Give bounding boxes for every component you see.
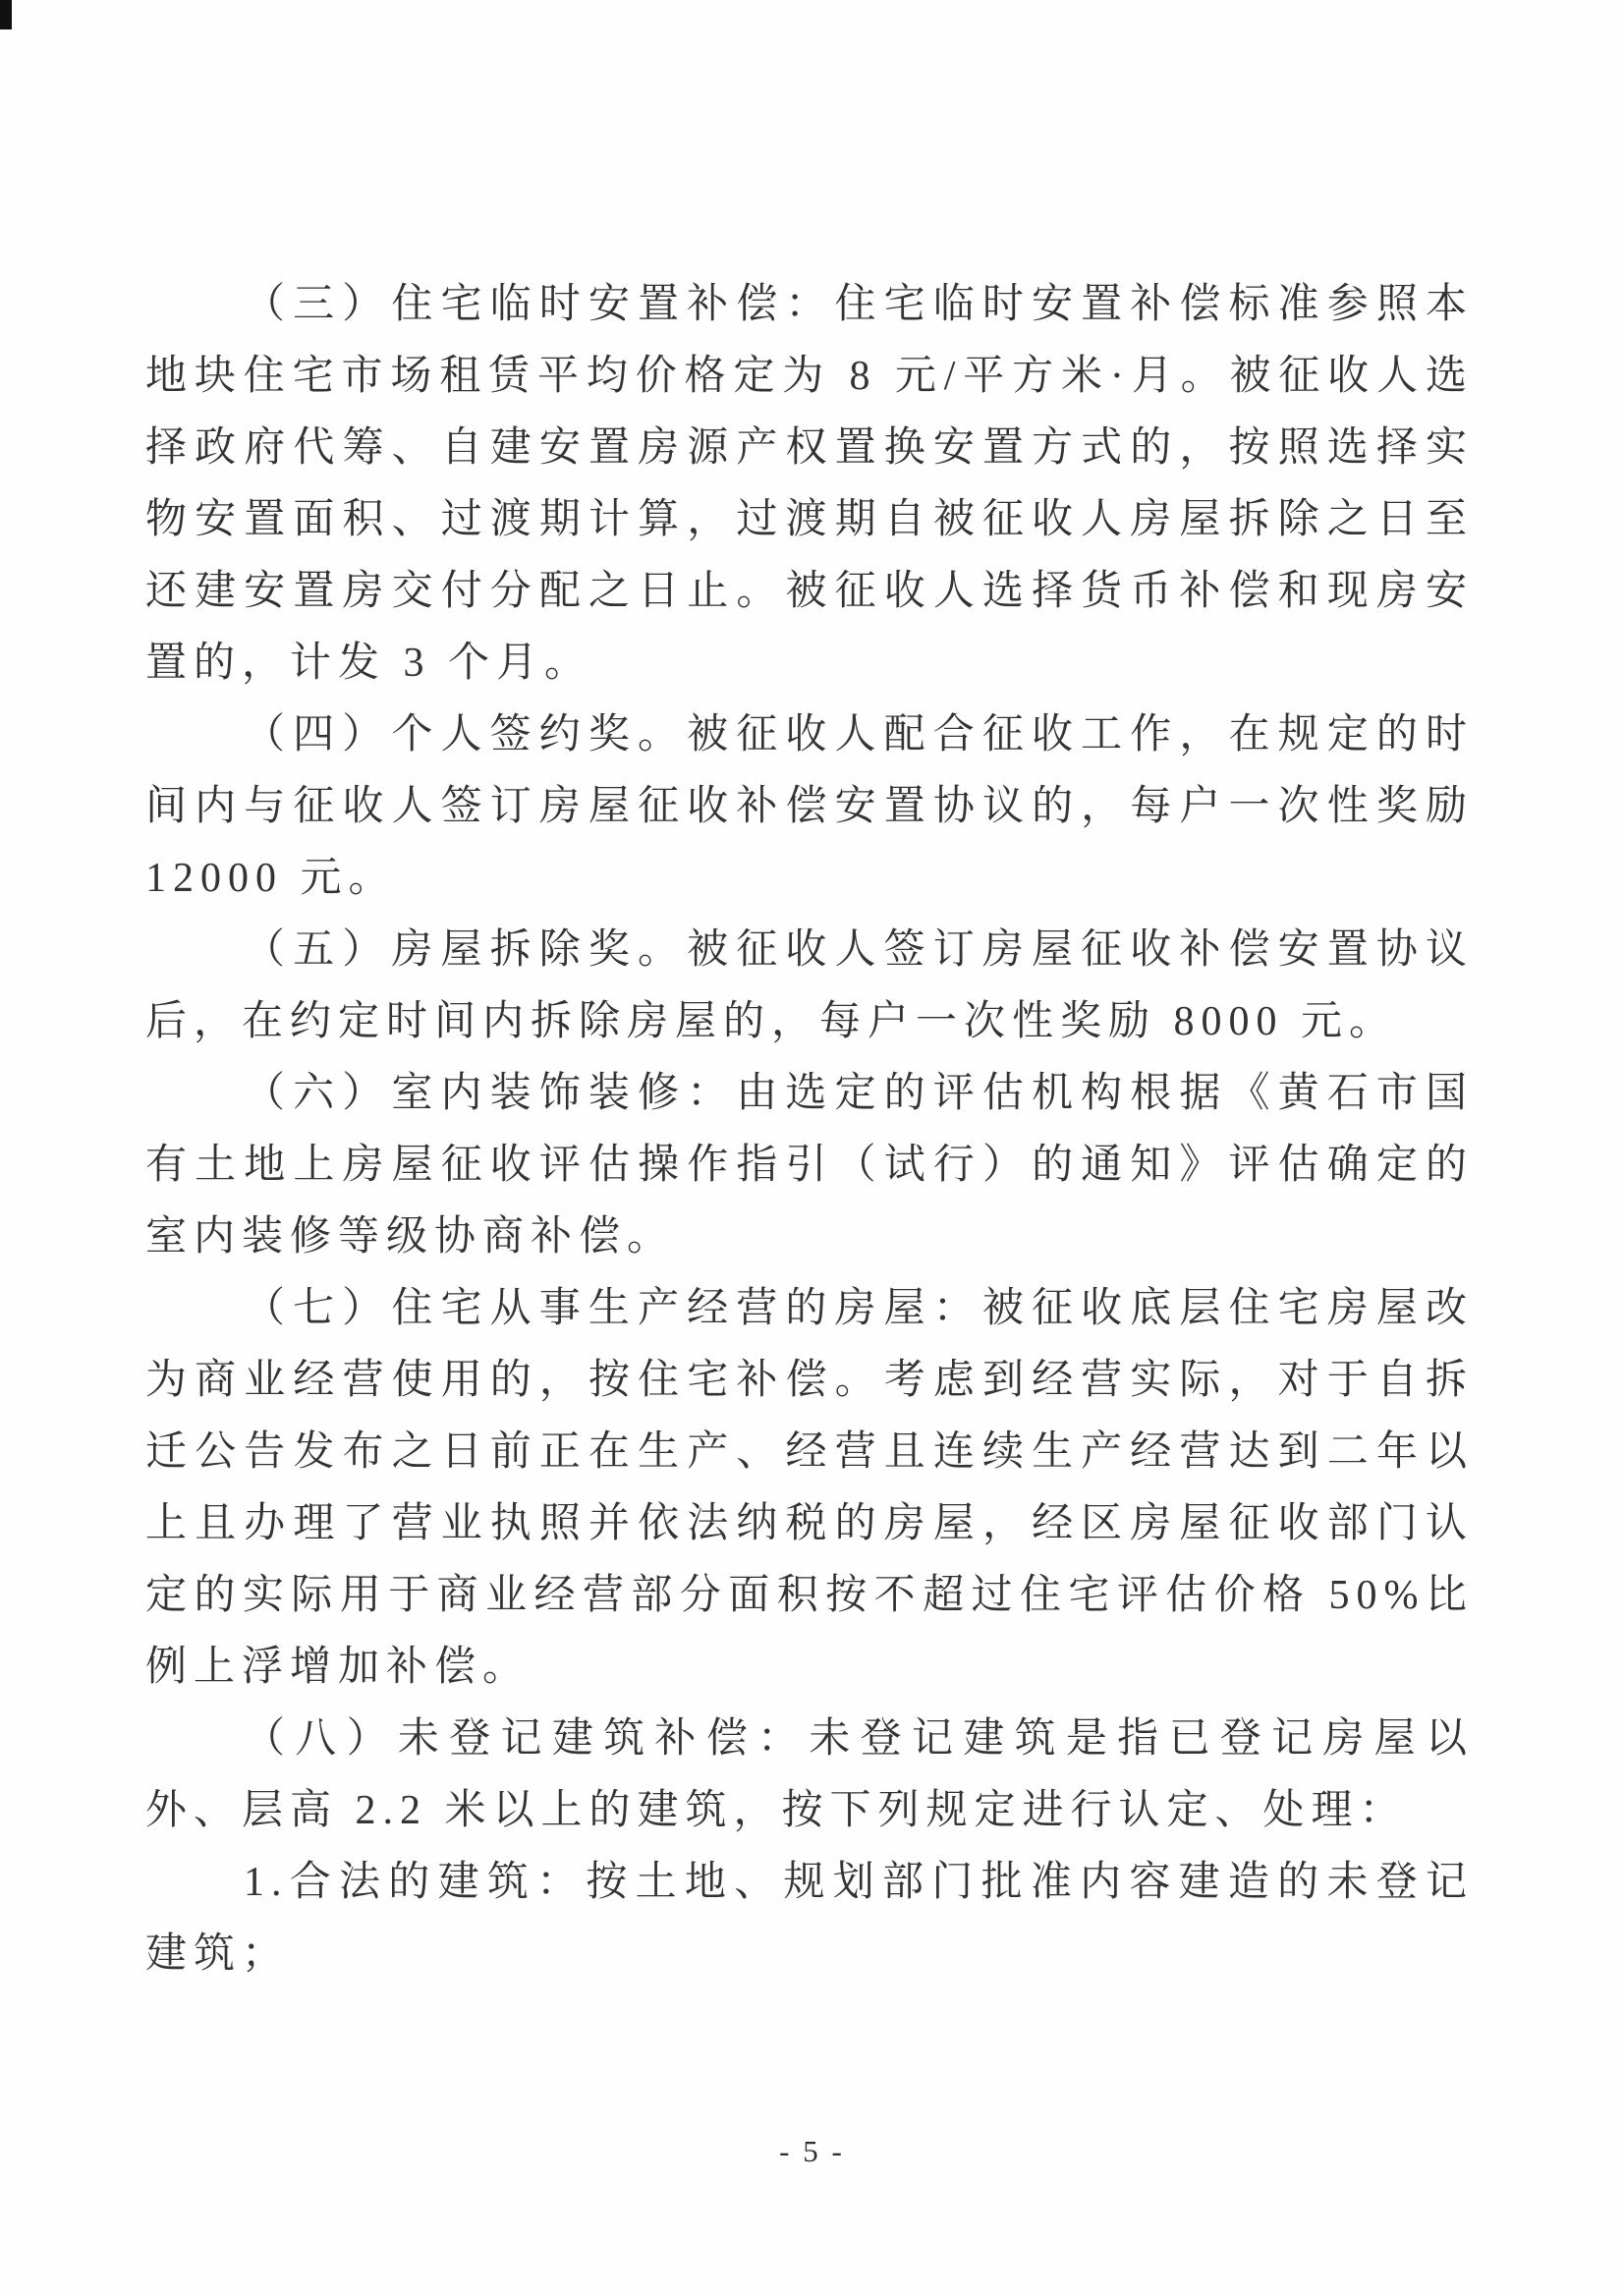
scan-artifact-mark <box>0 0 12 29</box>
paragraph-item-8-unregistered-building-compensation: （八）未登记建筑补偿：未登记建筑是指已登记房屋以外、层高 2.2 米以上的建筑，… <box>145 1704 1474 1847</box>
document-page: （三）住宅临时安置补偿：住宅临时安置补偿标准参照本地块住宅市场租赁平均价格定为 … <box>0 0 1624 2295</box>
paragraph-item-7-residential-business-use: （七）住宅从事生产经营的房屋：被征收底层住宅房屋改为商业经营使用的，按住宅补偿。… <box>145 1273 1474 1704</box>
paragraph-subitem-1-legal-buildings: 1.合法的建筑：按土地、规划部门批准内容建造的未登记建筑； <box>145 1847 1474 1990</box>
paragraph-item-4-individual-signing-award: （四）个人签约奖。被征收人配合征收工作，在规定的时间内与征收人签订房屋征收补偿安… <box>145 700 1474 915</box>
paragraph-item-6-interior-decoration: （六）室内装饰装修：由选定的评估机构根据《黄石市国有土地上房屋征收评估操作指引（… <box>145 1058 1474 1273</box>
page-number: - 5 - <box>0 2134 1624 2169</box>
paragraph-item-3-temporary-resettlement-compensation: （三）住宅临时安置补偿：住宅临时安置补偿标准参照本地块住宅市场租赁平均价格定为 … <box>145 269 1474 700</box>
document-body: （三）住宅临时安置补偿：住宅临时安置补偿标准参照本地块住宅市场租赁平均价格定为 … <box>145 269 1474 1990</box>
paragraph-item-5-house-demolition-award: （五）房屋拆除奖。被征收人签订房屋征收补偿安置协议后，在约定时间内拆除房屋的，每… <box>145 915 1474 1058</box>
